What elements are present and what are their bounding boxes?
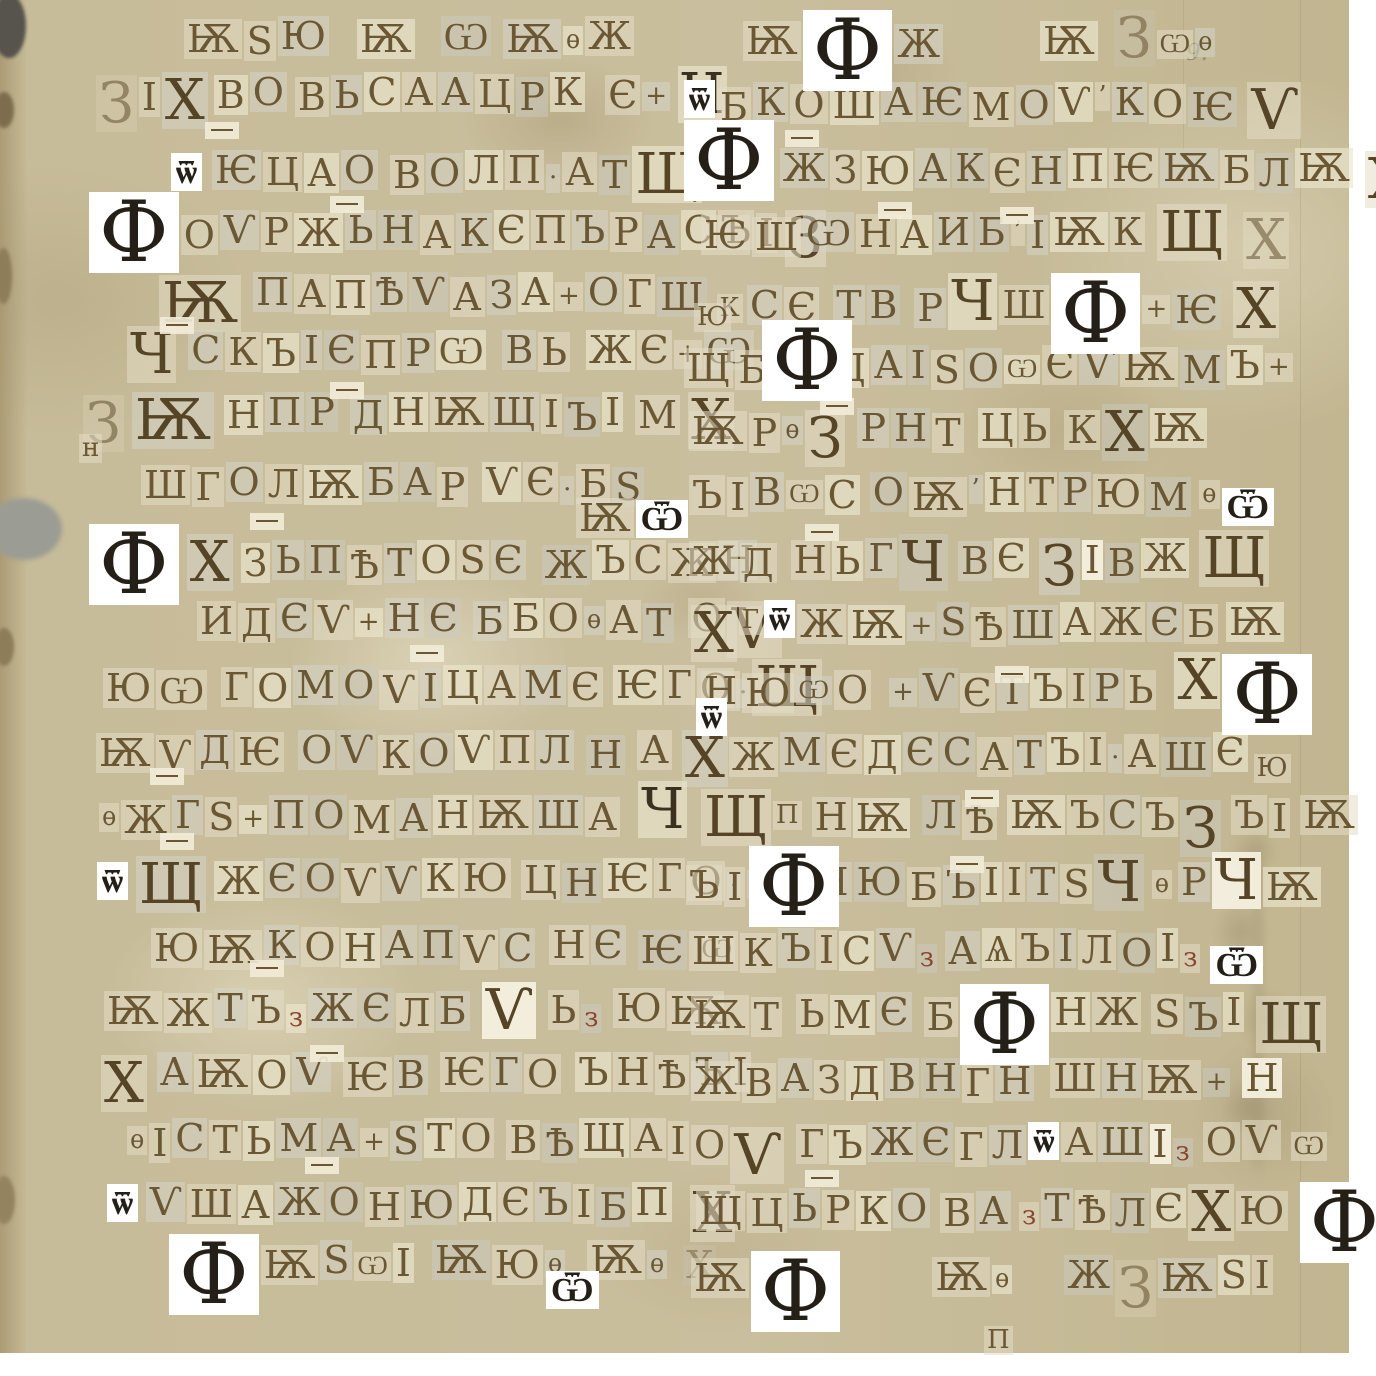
letter-tile: ’ — [1095, 82, 1109, 111]
letter-tile: М — [1180, 350, 1225, 390]
letter-tile: Ѕ — [244, 21, 276, 61]
letter-tile: А — [637, 730, 672, 770]
letter-tile: Ѕ — [937, 602, 969, 642]
letter-tile: Ж — [275, 1182, 324, 1222]
letter-tile: С — [500, 928, 535, 968]
letter-tile: Ф — [89, 524, 179, 605]
letter-tile: О — [340, 665, 377, 705]
letter-tile: Ѡ — [786, 480, 822, 509]
letter-tile: Т — [214, 988, 245, 1028]
letter-tile: Т — [1027, 862, 1058, 902]
letter-tile: Ѵ — [482, 982, 536, 1039]
letter-tile: Ѵ — [876, 928, 915, 968]
letter-tile: Х — [101, 1055, 147, 1112]
letter-tile: І — [1068, 668, 1089, 708]
letter-tile: В — [295, 77, 329, 117]
letter-tile: Ѭ — [1263, 867, 1321, 907]
text-line: ѿѤЦАОВОЛП·АТЩ — [170, 150, 703, 203]
letter-tile: Ж — [1096, 602, 1145, 642]
letter-tile: Ъ — [572, 210, 608, 250]
letter-tile: В — [742, 1063, 776, 1103]
letter-tile: Р — [437, 467, 469, 507]
letter-tile: Ф — [1222, 654, 1312, 735]
letter-tile: + — [642, 82, 670, 111]
letter-tile: Ѡ — [354, 1252, 390, 1281]
letter-tile: Ѭ — [932, 1257, 990, 1297]
letter-tile: Б — [907, 867, 941, 907]
letter-tile: Н — [1027, 151, 1066, 191]
letter-tile: + — [1265, 353, 1293, 382]
letter-tile: Ѭ — [503, 19, 561, 59]
text-line: ѬТЬМЄБФНЖЅЪІЩ — [690, 992, 1327, 1065]
letter-tile: О — [250, 72, 287, 112]
letter-tile: В — [885, 1058, 919, 1098]
letter-tile: Ь — [331, 75, 363, 115]
letter-tile: Н — [891, 408, 930, 448]
letter-tile: Ч — [638, 781, 687, 838]
letter-tile: П — [253, 272, 292, 312]
letter-tile: І — [602, 392, 623, 432]
letter-tile: Г — [221, 667, 252, 707]
letter-tile: Ш — [1050, 1058, 1099, 1098]
letter-tile: Л — [1078, 930, 1116, 970]
letter-tile: Ц — [475, 74, 514, 114]
titlo-mark — [310, 1045, 344, 1062]
letter-tile: Ж — [308, 988, 357, 1028]
letter-tile: Ь — [548, 990, 580, 1030]
letter-tile: Ч — [1212, 852, 1261, 909]
letter-tile: А — [400, 462, 435, 502]
letter-tile: Г — [955, 1127, 986, 1167]
letter-tile: Ѥ — [212, 150, 261, 190]
letter-tile: Д — [864, 735, 901, 775]
letter-tile: П — [331, 275, 370, 315]
letter-tile: І — [1085, 732, 1106, 772]
letter-tile: Ѭ — [96, 733, 154, 773]
letter-tile: з — [1173, 1138, 1193, 1167]
letter-tile: Д — [459, 1182, 496, 1222]
text-line: ѤШѠНАИБ’ІѬКЩХ — [700, 212, 1290, 269]
letter-tile: Ш — [999, 285, 1048, 325]
letter-tile: Ъ — [686, 865, 722, 905]
letter-tile: Ч — [127, 326, 176, 383]
letter-tile: Ѭ — [689, 411, 747, 451]
letter-tile: Ъ — [263, 333, 299, 373]
titlo-mark — [785, 130, 819, 147]
letter-tile: В — [214, 75, 248, 115]
letter-tile: Л — [1112, 1193, 1150, 1233]
letter-tile: Ж — [691, 1061, 740, 1101]
letter-tile: Є — [877, 992, 912, 1032]
letter-tile: Т — [209, 1120, 240, 1160]
letter-tile: Г — [654, 858, 685, 898]
letter-tile: Ш — [187, 1184, 236, 1224]
letter-tile: · — [1108, 744, 1122, 773]
titlo-mark — [160, 833, 194, 850]
letter-tile: Ѭ — [576, 498, 634, 538]
letter-tile: Ѕ — [205, 797, 237, 837]
page-edge-tear — [0, 248, 12, 304]
text-line: ѬПАПѢѴАЗА+ОГШК — [158, 272, 744, 332]
letter-tile: Ѡ — [441, 16, 492, 56]
letter-tile: Х — [187, 534, 233, 591]
letter-tile: А — [977, 737, 1012, 777]
letter-tile: Н — [613, 1052, 652, 1092]
letter-tile: П — [419, 925, 458, 965]
letter-tile: С — [940, 732, 975, 772]
letter-tile: Ѣ — [655, 1055, 690, 1095]
letter-tile: Ѕ — [320, 1240, 352, 1280]
letter-tile: Ж — [1141, 538, 1190, 578]
page-edge-repair-patch — [0, 498, 62, 560]
letter-tile: Б — [1184, 604, 1218, 644]
titlo-mark — [995, 666, 1029, 683]
letter-tile: О — [1149, 84, 1186, 124]
letter-tile: Ѭ — [909, 477, 967, 517]
letter-tile: Є — [637, 330, 672, 370]
letter-tile: Ю — [854, 862, 905, 902]
letter-tile: Ѵ — [455, 730, 494, 770]
letter-tile: І — [908, 345, 929, 385]
letter-tile: А — [382, 925, 417, 965]
letter-tile: Н — [385, 598, 424, 638]
letter-tile: Р — [261, 212, 293, 252]
letter-tile: А — [438, 72, 473, 112]
letter-tile: І — [981, 862, 1002, 902]
letter-tile: Д — [740, 543, 777, 583]
letter-tile: Ю — [460, 858, 511, 898]
letter-tile: Р — [1059, 472, 1091, 512]
letter-tile: Ѭ — [194, 1054, 252, 1094]
letter-tile: О — [1016, 85, 1053, 125]
letter-tile: ѳ — [1152, 870, 1172, 899]
letter-tile: С — [172, 1118, 207, 1158]
letter-tile: А — [1061, 1122, 1096, 1162]
letter-tile: І — [301, 330, 322, 370]
letter-tile: П — [773, 801, 802, 830]
letter-tile: В — [390, 155, 424, 195]
letter-tile: Х — [1243, 212, 1289, 269]
letter-tile: Щ — [579, 1118, 628, 1158]
text-line: ѿБКОШАѤМОѴ’КОѤѴ — [683, 82, 1302, 139]
letter-tile: Ъ — [575, 1052, 611, 1092]
letter-tile: + — [355, 608, 383, 637]
letter-tile: Ц — [443, 665, 482, 705]
letter-tile: Ѣ — [542, 1123, 577, 1163]
letter-tile: Ю — [1236, 1191, 1287, 1231]
letter-tile: Ѭ — [1160, 148, 1218, 188]
letter-tile: Ю — [1093, 474, 1144, 514]
letter-tile: П — [265, 392, 304, 432]
letter-tile: Г — [491, 1052, 522, 1092]
letter-tile: О — [834, 670, 871, 710]
letter-tile: І — [1004, 862, 1025, 902]
letter-tile: Х — [1174, 652, 1220, 709]
letter-tile: Х — [162, 72, 208, 129]
letter-tile: Б — [596, 1187, 630, 1227]
letter-tile: Ю — [406, 1185, 457, 1225]
letter-tile: Ѭ — [132, 392, 214, 449]
letter-tile: Є — [359, 988, 394, 1028]
letter-tile: Б — [473, 601, 507, 641]
letter-tile: Ъ — [1017, 928, 1053, 968]
titlo-mark — [965, 790, 999, 807]
letter-tile: М — [969, 87, 1014, 127]
letter-tile: Ю — [862, 151, 913, 191]
letter-tile: Ф — [803, 10, 893, 91]
letter-tile: Ш — [752, 217, 801, 257]
letter-tile: Н — [812, 797, 851, 837]
titlo-mark — [205, 122, 239, 139]
letter-tile: Ф — [89, 192, 179, 273]
letter-tile: Ж — [868, 1122, 917, 1162]
letter-tile: Ѣ — [372, 272, 407, 312]
letter-tile: Л — [536, 730, 574, 770]
letter-tile: Н — [378, 210, 417, 250]
letter-tile: Ѕ — [1218, 1255, 1250, 1295]
letter-tile: Р — [822, 1190, 854, 1230]
letter-tile: Ж — [542, 545, 591, 585]
letter-tile: + — [907, 612, 935, 641]
letter-tile: К — [550, 72, 585, 112]
letter-tile: ѿ — [97, 862, 128, 900]
letter-tile: ѳ — [584, 606, 604, 635]
letter-tile: Г — [739, 606, 762, 635]
letter-tile: М — [349, 800, 394, 840]
letter-tile: Ъ — [1030, 668, 1066, 708]
letter-tile: А — [1124, 734, 1159, 774]
letter-tile: Н — [562, 863, 601, 903]
letter-tile: Т — [643, 603, 674, 643]
letter-tile: М — [521, 665, 566, 705]
letter-tile: Г — [192, 467, 223, 507]
letter-tile: Ф — [960, 984, 1050, 1065]
letter-tile: Р — [610, 212, 642, 252]
letter-tile: з — [581, 1004, 601, 1033]
letter-tile: Г — [624, 274, 655, 314]
letter-tile: Є — [324, 330, 359, 370]
letter-tile: О — [181, 215, 218, 255]
page-edge-tear — [0, 0, 26, 58]
letter-tile: А — [304, 153, 339, 193]
letter-tile: О — [1203, 1122, 1240, 1162]
letter-tile: · — [560, 476, 574, 505]
letter-tile: з — [917, 944, 937, 973]
letter-tile: Ѥ — [1172, 290, 1221, 330]
letter-tile: Ф — [751, 1251, 841, 1332]
letter-tile: Ѭ — [432, 1240, 490, 1280]
letter-tile: Ѭ — [474, 795, 532, 835]
letter-tile: Д — [846, 1061, 883, 1101]
titlo-mark — [805, 1170, 839, 1187]
letter-tile: А — [323, 1118, 358, 1158]
letter-tile: О — [254, 668, 291, 708]
letter-tile: Н — [224, 395, 263, 435]
letter-tile: Ѭ — [1295, 148, 1353, 188]
letter-tile: І — [420, 668, 441, 708]
letter-tile: Г — [865, 538, 896, 578]
letter-tile: О — [545, 598, 582, 638]
letter-tile: Щ — [1199, 530, 1269, 587]
letter-tile: Ѥ — [613, 665, 662, 705]
letter-tile: з — [1180, 944, 1200, 973]
letter-tile: Ѵ — [730, 1127, 784, 1184]
letter-tile: Р — [1091, 668, 1123, 708]
letter-tile: А — [396, 798, 431, 838]
titlo-mark — [250, 513, 284, 530]
letter-tile: Ъ — [1227, 345, 1263, 385]
letter-tile: М — [276, 1118, 321, 1158]
letter-tile: О — [226, 462, 263, 502]
letter-tile: Ѥ — [440, 1052, 489, 1092]
titlo-mark — [150, 768, 184, 785]
letter-tile: Ѵ — [382, 861, 421, 901]
manuscript-photo: 9. ѬЅЮѬѠѬѳЖЗІХВОВЬСААЦРКЄ+ЧѿѤЦАОВОЛП·АТЩ… — [0, 0, 1376, 1376]
letter-tile: Ѿ — [636, 500, 689, 538]
letter-tile: Р — [1178, 862, 1210, 902]
letter-tile: І — [149, 1123, 170, 1163]
letter-tile: Ь — [345, 210, 377, 250]
letter-tile: Ж — [780, 148, 829, 188]
letter-tile: Ж — [586, 330, 635, 370]
letter-tile: Є — [426, 598, 461, 638]
letter-tile: Є — [960, 673, 995, 713]
letter-tile: А — [778, 1058, 813, 1098]
letter-tile: Д — [196, 730, 233, 770]
letter-tile: Ѵ — [220, 210, 259, 250]
letter-tile: П — [495, 730, 534, 770]
letter-tile: Ѵ — [341, 863, 380, 903]
letter-tile: Ц — [521, 860, 560, 900]
letter-tile: Р — [516, 77, 548, 117]
letter-tile: В — [1105, 543, 1139, 583]
letter-tile: А — [915, 148, 950, 188]
letter-tile: Ж — [294, 213, 343, 253]
letter-tile: Ѭ — [691, 995, 749, 1035]
letter-tile: Ѭ — [1143, 1060, 1201, 1100]
letter-tile: І — [1150, 1124, 1171, 1164]
letter-tile: Ю — [278, 16, 329, 56]
letter-tile: Н — [389, 392, 428, 432]
text-line: ѬЅЮѬѠѬѳЖ — [183, 16, 635, 61]
letter-tile: Т — [1026, 472, 1057, 512]
letter-tile: Ъ — [829, 1125, 865, 1165]
titlo-mark — [805, 524, 839, 541]
letter-tile: + — [239, 805, 267, 834]
letter-tile: З — [830, 150, 860, 190]
letter-tile: Ъ — [535, 1182, 571, 1222]
letter-tile: Х — [691, 605, 737, 662]
letter-tile: Ѵ — [409, 272, 448, 312]
letter-tile: Х — [1365, 151, 1376, 208]
letter-tile: Ь — [832, 541, 864, 581]
letter-tile: П — [1068, 148, 1107, 188]
letter-tile: Є — [1147, 602, 1182, 642]
letter-tile: С — [825, 475, 860, 515]
letter-tile: Б — [364, 462, 398, 502]
letter-tile: М — [830, 995, 875, 1035]
letter-tile: Б — [1220, 150, 1254, 190]
letter-tile: Ѭ — [691, 1258, 749, 1298]
letter-tile: Ѭ — [184, 19, 242, 59]
letter-tile: ѳ — [782, 416, 802, 445]
letter-tile: А — [945, 931, 980, 971]
text-line: ЖДНЬГЧВЄЗІВЖЩ — [688, 538, 1270, 595]
letter-tile: І — [816, 930, 837, 970]
letter-tile: Ц — [747, 1193, 786, 1233]
letter-tile: А — [631, 1118, 666, 1158]
letter-tile: Є — [498, 1182, 533, 1222]
letter-tile: Ѡ — [803, 212, 854, 252]
letter-tile: Ъ — [564, 397, 600, 437]
letter-tile: Є — [523, 462, 558, 502]
letter-tile: О — [1118, 933, 1155, 973]
letter-tile: Л — [396, 993, 434, 1033]
letter-tile: А — [976, 1191, 1011, 1231]
letter-tile: Н — [1051, 992, 1090, 1032]
letter-tile: Є — [591, 925, 626, 965]
letter-tile: Ѭ — [1226, 602, 1284, 642]
letter-tile: Ч — [1094, 854, 1143, 911]
letter-tile: І — [139, 77, 160, 117]
letter-tile: Ю — [694, 303, 731, 332]
letter-tile: Ь — [243, 1121, 275, 1161]
text-line: ѿЖМЄДЄСАТЪІ·АШЄЮ — [695, 732, 1292, 783]
letter-tile: А — [402, 72, 437, 112]
letter-tile: Л — [465, 150, 503, 190]
letter-tile: ѳ — [563, 26, 583, 55]
letter-tile: ’ — [969, 475, 983, 504]
letter-tile: С — [188, 330, 223, 370]
text-line: ѬЖТЪзЖЄЛБѴЬзЮѬ — [103, 988, 725, 1039]
letter-tile: И — [934, 212, 973, 252]
letter-tile: Ъ — [1067, 795, 1103, 835]
letter-tile: Н — [921, 1058, 960, 1098]
letter-tile: Ѡ — [1004, 355, 1040, 384]
letter-tile: А — [1060, 602, 1095, 642]
letter-tile: К — [856, 1191, 891, 1231]
letter-tile: Ѿ — [1210, 946, 1263, 984]
letter-tile: · — [546, 164, 560, 193]
letter-tile: Т — [424, 1118, 455, 1158]
letter-tile: Т — [1041, 1188, 1072, 1228]
letter-tile: Є — [265, 858, 300, 898]
text-line: ШГОЛѬБАРѴЄ·БЅ — [140, 462, 645, 507]
letter-tile: Ѭ — [357, 19, 415, 59]
letter-tile: Ъ — [248, 990, 284, 1030]
letter-tile: Є — [491, 540, 526, 580]
titlo-mark — [330, 196, 364, 213]
titlo-mark — [250, 960, 284, 977]
letter-tile: И — [197, 601, 236, 641]
stray-letter-tile: П — [984, 1326, 1013, 1355]
letter-tile: Н — [985, 472, 1024, 512]
letter-tile: В — [502, 330, 536, 370]
letter-tile: В — [940, 1193, 974, 1233]
letter-tile: Р — [857, 408, 889, 448]
letter-tile: Т — [384, 543, 415, 583]
letter-tile: О — [585, 272, 622, 312]
letter-tile: Ф — [762, 320, 852, 401]
text-line: ФХЗЬПѢТОЅЄЖЪСЖН — [88, 540, 758, 605]
letter-tile: Т — [1014, 735, 1045, 775]
letter-tile: Р — [749, 413, 781, 453]
letter-tile: П — [361, 335, 400, 375]
letter-tile: Ю — [1254, 754, 1291, 783]
letter-tile: Н — [856, 214, 895, 254]
letter-tile: Б — [436, 991, 470, 1031]
letter-tile: Є — [994, 538, 1029, 578]
